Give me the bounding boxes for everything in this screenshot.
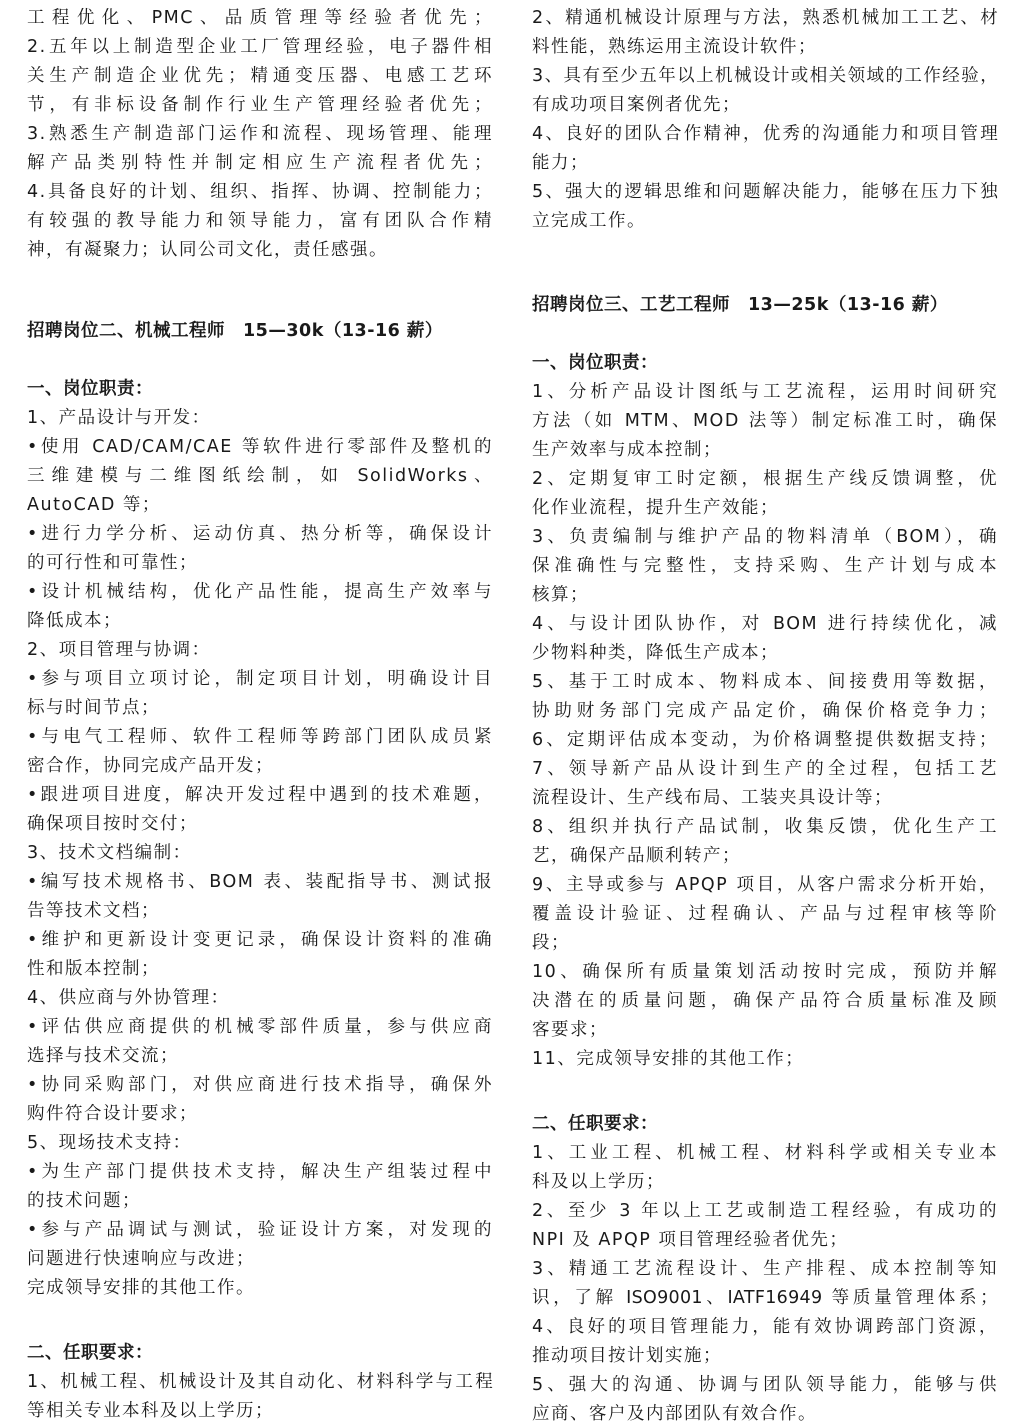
list-item: 决潜在的质量问题，确保产品符合质量标准及顾 [532,987,998,1016]
list-item: 方法（如 MTM、MOD 法等）制定标准工时，确保 [532,407,998,436]
list-item: 3、负责编制与维护产品的物料清单（BOM），确 [532,523,998,552]
position1-requirements-continued: 工程优化、PMC、品质管理等经验者优先； 2.五年以上制造型企业工厂管理经验，电… [27,0,493,265]
text-line: 神，有凝聚力；认同公司文化，责任感强。 [27,236,493,265]
section-heading: 一、岗位职责： [27,375,493,404]
text-line: 有成功项目案例者优先； [532,91,998,120]
list-item: 购件符合设计要求； [27,1100,493,1129]
spacer [27,346,493,375]
list-item: 保准确性与完整性，支持采购、生产计划与成本 [532,552,998,581]
list-item: 完成领导安排的其他工作。 [27,1274,493,1303]
list-item: •与电气工程师、软件工程师等跨部门团队成员紧 [27,723,493,752]
spacer [27,1303,493,1339]
list-item: 6、定期评估成本变动，为价格调整提供数据支持； [532,726,998,755]
list-item: 生产效率与成本控制； [532,436,998,465]
list-item: 三维建模与二维图纸绘制，如 SolidWorks、 [27,462,493,491]
list-item: 协助财务部门完成产品定价，确保价格竞争力； [532,697,998,726]
list-item: AutoCAD 等； [27,491,493,520]
list-item: 11、完成领导安排的其他工作； [532,1045,998,1074]
text-line: 立完成工作。 [532,207,998,236]
list-item: 段； [532,929,998,958]
list-item: 艺，确保产品顺利转产； [532,842,998,871]
section-heading: 一、岗位职责： [532,349,998,378]
list-item: •进行力学分析、运动仿真、热分析等，确保设计 [27,520,493,549]
list-item: 1、工业工程、机械工程、材料科学或相关专业本 [532,1139,998,1168]
list-item: 10、确保所有质量策划活动按时完成，预防并解 [532,958,998,987]
list-item: 4、供应商与外协管理： [27,984,493,1013]
text-line: 解产品类别特性并制定相应生产流程者优先； [27,149,493,178]
spacer [532,236,998,291]
position-title: 招聘岗位二、机械工程师 15—30k（13-16 薪） [27,317,493,346]
spacer [27,265,493,294]
list-item: 2、至少 3 年以上工艺或制造工程经验，有成功的 [532,1197,998,1226]
list-item: 客要求； [532,1016,998,1045]
spacer [27,294,493,317]
text-line: 有较强的教导能力和领导能力，富有团队合作精 [27,207,493,236]
left-column: 工程优化、PMC、品质管理等经验者优先； 2.五年以上制造型企业工厂管理经验，电… [27,0,493,1423]
list-item: 流程设计、生产线布局、工装夹具设计等； [532,784,998,813]
list-item: 1、机械工程、机械设计及其自动化、材料科学与工程 [27,1368,493,1397]
list-item: 少物料种类，降低生产成本； [532,639,998,668]
list-item: 的技术问题； [27,1187,493,1216]
text-line: 2.五年以上制造型企业工厂管理经验，电子器件相 [27,33,493,62]
list-item: 3、技术文档编制： [27,839,493,868]
list-item: 的可行性和可靠性； [27,549,493,578]
list-item: 应商、客户及内部团队有效合作。 [532,1400,998,1423]
list-item: 2、定期复审工时定额，根据生产线反馈调整，优 [532,465,998,494]
section-heading: 二、任职要求： [532,1110,998,1139]
list-item: 4、与设计团队协作，对 BOM 进行持续优化，减 [532,610,998,639]
text-line: 能力； [532,149,998,178]
text-line: 工程优化、PMC、品质管理等经验者优先； [27,4,493,33]
list-item: 1、产品设计与开发： [27,404,493,433]
list-item: 科及以上学历； [532,1168,998,1197]
text-line: 2、精通机械设计原理与方法，熟悉机械加工工艺、材 [532,4,998,33]
position2-section: 招聘岗位二、机械工程师 15—30k（13-16 薪） 一、岗位职责： 1、产品… [27,317,493,1423]
duties-list: 1、分析产品设计图纸与工艺流程，运用时间研究 方法（如 MTM、MOD 法等）制… [532,378,998,1074]
list-item: 7、领导新产品从设计到生产的全过程，包括工艺 [532,755,998,784]
list-item: 5、强大的沟通、协调与团队领导能力，能够与供 [532,1371,998,1400]
spacer [532,1074,998,1110]
list-item: 告等技术文档； [27,897,493,926]
list-item: 选择与技术交流； [27,1042,493,1071]
list-item: •跟进项目进度，解决开发过程中遇到的技术难题， [27,781,493,810]
text-line: 3、具有至少五年以上机械设计或相关领域的工作经验， [532,62,998,91]
list-item: 确保项目按时交付； [27,810,493,839]
list-item: 9、主导或参与 APQP 项目，从客户需求分析开始， [532,871,998,900]
list-item: 覆盖设计验证、过程确认、产品与过程审核等阶 [532,900,998,929]
position-title: 招聘岗位三、工艺工程师 13—25k（13-16 薪） [532,291,998,320]
text-line: 3.熟悉生产制造部门运作和流程、现场管理、能理 [27,120,493,149]
list-item: 密合作，协同完成产品开发； [27,752,493,781]
list-item: 识，了解 ISO9001、IATF16949 等质量管理体系； [532,1284,998,1313]
list-item: 标与时间节点； [27,694,493,723]
duties-list: 1、产品设计与开发： •使用 CAD/CAM/CAE 等软件进行零部件及整机的 … [27,404,493,1303]
text-line: 关生产制造企业优先；精通变压器、电感工艺环 [27,62,493,91]
list-item: •使用 CAD/CAM/CAE 等软件进行零部件及整机的 [27,433,493,462]
list-item: 3、精通工艺流程设计、生产排程、成本控制等知 [532,1255,998,1284]
list-item: 性和版本控制； [27,955,493,984]
list-item: •设计机械结构，优化产品性能，提高生产效率与 [27,578,493,607]
list-item: 推动项目按计划实施； [532,1342,998,1371]
list-item: 2、项目管理与协调： [27,636,493,665]
list-item: 化作业流程，提升生产效能； [532,494,998,523]
list-item: •为生产部门提供技术支持，解决生产组装过程中 [27,1158,493,1187]
text-line: 料性能，熟练运用主流设计软件； [532,33,998,62]
list-item: 降低成本； [27,607,493,636]
list-item: •编写技术规格书、BOM 表、装配指导书、测试报 [27,868,493,897]
requirements-list: 1、工业工程、机械工程、材料科学或相关专业本 科及以上学历； 2、至少 3 年以… [532,1139,998,1423]
spacer [532,320,998,349]
list-item: 问题进行快速响应与改进； [27,1245,493,1274]
requirements-list: 1、机械工程、机械设计及其自动化、材料科学与工程 等相关专业本科及以上学历； [27,1368,493,1423]
text-line: 5、强大的逻辑思维和问题解决能力，能够在压力下独 [532,178,998,207]
right-column: 2、精通机械设计原理与方法，熟悉机械加工工艺、材 料性能，熟练运用主流设计软件；… [532,0,998,1423]
text-line: 节，有非标设备制作行业生产管理经验者优先； [27,91,493,120]
list-item: 5、现场技术支持： [27,1129,493,1158]
list-item: 核算； [532,581,998,610]
list-item: •维护和更新设计变更记录，确保设计资料的准确 [27,926,493,955]
list-item: •协同采购部门，对供应商进行技术指导，确保外 [27,1071,493,1100]
list-item: 5、基于工时成本、物料成本、间接费用等数据， [532,668,998,697]
list-item: 等相关专业本科及以上学历； [27,1397,493,1423]
position3-section: 招聘岗位三、工艺工程师 13—25k（13-16 薪） 一、岗位职责： 1、分析… [532,291,998,1423]
list-item: NPI 及 APQP 项目管理经验者优先； [532,1226,998,1255]
list-item: 8、组织并执行产品试制，收集反馈，优化生产工 [532,813,998,842]
list-item: •参与产品调试与测试，验证设计方案，对发现的 [27,1216,493,1245]
position2-requirements-continued: 2、精通机械设计原理与方法，熟悉机械加工工艺、材 料性能，熟练运用主流设计软件；… [532,0,998,236]
list-item: •参与项目立项讨论，制定项目计划，明确设计目 [27,665,493,694]
list-item: 4、良好的项目管理能力，能有效协调跨部门资源， [532,1313,998,1342]
list-item: •评估供应商提供的机械零部件质量，参与供应商 [27,1013,493,1042]
section-heading: 二、任职要求： [27,1339,493,1368]
text-line: 4.具备良好的计划、组织、指挥、协调、控制能力； [27,178,493,207]
list-item: 1、分析产品设计图纸与工艺流程，运用时间研究 [532,378,998,407]
text-line: 4、良好的团队合作精神，优秀的沟通能力和项目管理 [532,120,998,149]
